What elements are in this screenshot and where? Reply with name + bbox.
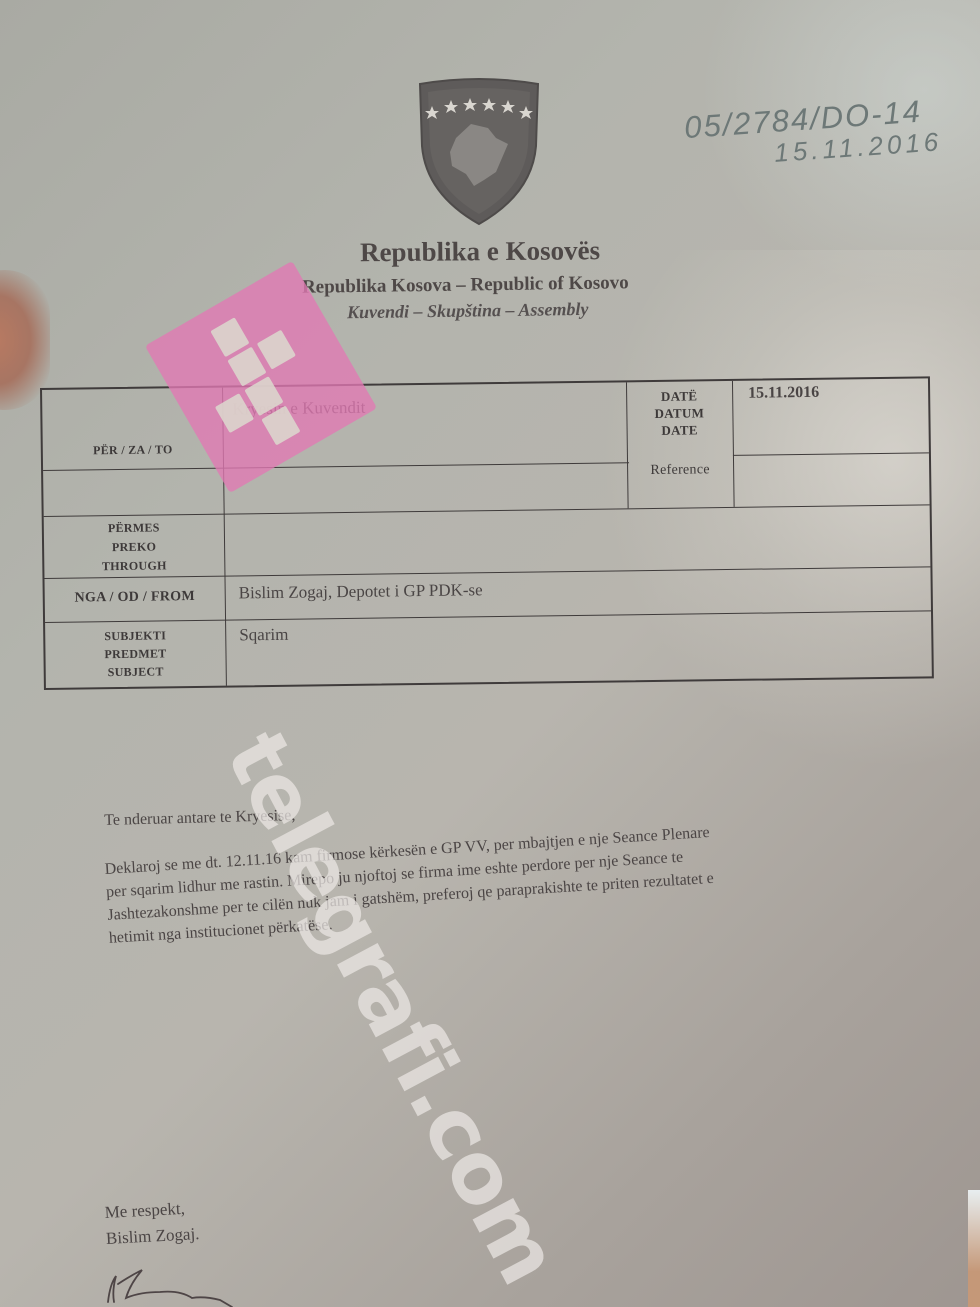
divider: [45, 610, 931, 623]
from-value: Bislim Zogaj, Depotet i GP PDK-se: [239, 580, 483, 603]
institution-name: Kuvendi – Skupština – Assembly: [347, 298, 667, 323]
subject-label-sq: SUBJEKTI: [45, 626, 225, 646]
divider: [43, 462, 629, 471]
date-label-sr: DATUM: [626, 404, 732, 422]
reference-label: Reference: [627, 461, 733, 480]
letter-body: Deklaroj se me dt. 12.11.16 kam firmose …: [104, 809, 908, 950]
through-label-sq: PËRMES: [44, 518, 224, 539]
letter-closing: Me respekt, Bislim Zogaj.: [104, 1195, 200, 1252]
through-label-sr: PREKO: [44, 537, 224, 558]
memo-header-table: PËR / ZA / TO Kryesin e Kuvendit DATË DA…: [40, 376, 934, 690]
telegrafi-text-watermark: telegrafi.com: [207, 716, 579, 1298]
through-label-en: THROUGH: [44, 556, 224, 577]
to-label: PËR / ZA / TO: [43, 440, 223, 460]
background-surface: [968, 1190, 980, 1307]
date-value: 15.11.2016: [748, 384, 819, 403]
signatory-name: Bislim Zogaj.: [105, 1221, 200, 1252]
divider: [44, 504, 930, 517]
subject-label-sr: PREDMET: [45, 644, 225, 664]
subject-label-en: SUBJECT: [46, 662, 226, 682]
date-label: DATË DATUM DATE: [626, 387, 733, 439]
subject-value: Sqarim: [239, 625, 288, 646]
divider: [733, 452, 929, 456]
subject-label: SUBJEKTI PREDMET SUBJECT: [45, 626, 226, 682]
date-label-en: DATE: [626, 421, 732, 439]
divider: [732, 381, 735, 507]
date-label-sq: DATË: [626, 387, 732, 405]
kosovo-coat-of-arms-icon: [416, 76, 542, 226]
through-label: PËRMES PREKO THROUGH: [44, 518, 225, 577]
handwritten-signature-icon: [100, 1262, 240, 1307]
country-subtitle: Republika Kosova – Republic of Kosovo: [302, 271, 702, 299]
country-title: Republika e Kosovës: [360, 235, 650, 269]
from-label: NGA / OD / FROM: [45, 588, 225, 608]
